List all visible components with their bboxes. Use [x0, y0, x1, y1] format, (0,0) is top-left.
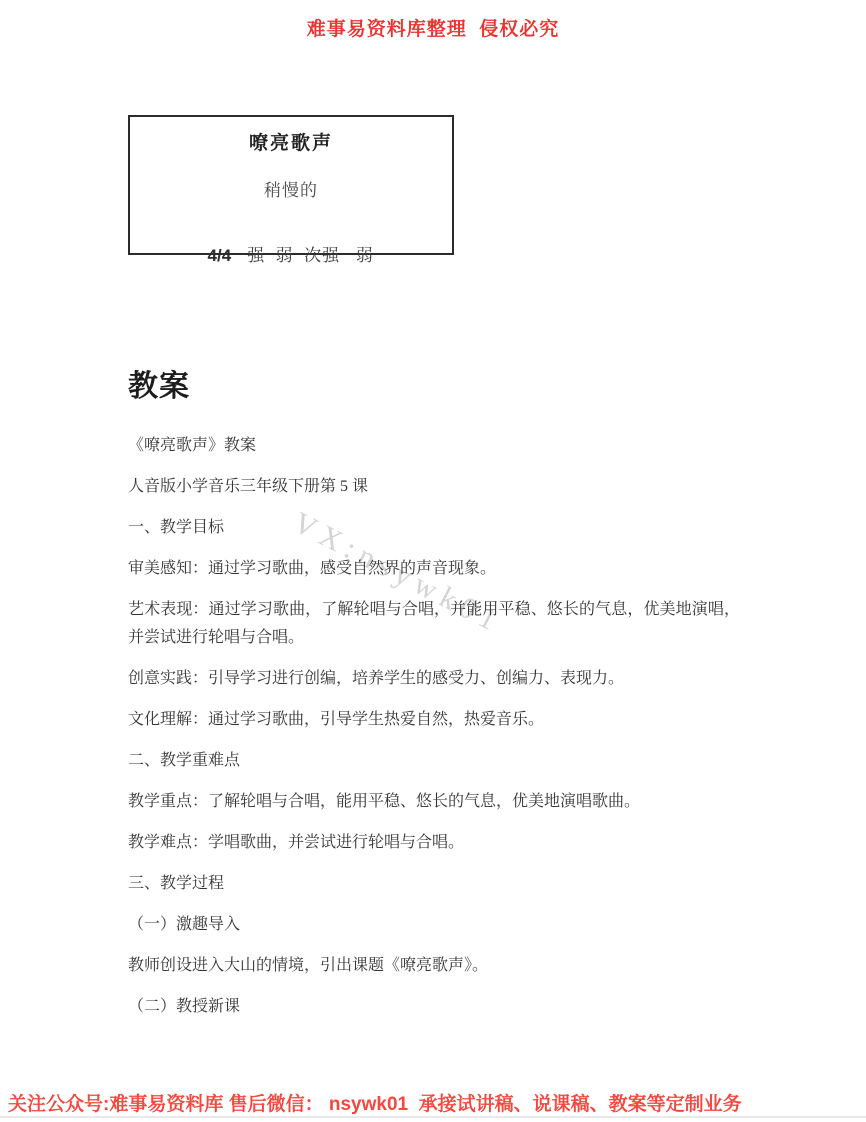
song-title: 嘹亮歌声 [130, 128, 452, 155]
paragraph-teaching-difficulty: 教学难点：学唱歌曲，并尝试进行轮唱与合唱。 [128, 829, 740, 857]
lesson-plan-content: 教案 《嘹亮歌声》教案 人音版小学音乐三年级下册第 5 课 一、教学目标 审美感… [128, 368, 740, 1034]
paragraph-section-2-heading: 二、教学重难点 [128, 747, 740, 775]
paragraph-cultural-understanding: 文化理解：通过学习歌曲，引导学生热爱自然，热爱音乐。 [128, 706, 740, 734]
paragraph-teaching-focus: 教学重点：了解轮唱与合唱，能用平稳、悠长的气息，优美地演唱歌曲。 [128, 788, 740, 816]
beat-pattern: 强 弱 次强 弱 [247, 246, 374, 265]
paragraph-textbook-info: 人音版小学音乐三年级下册第 5 课 [128, 473, 740, 501]
paragraph-section-1-heading: 一、教学目标 [128, 514, 740, 542]
paragraph-lesson-title: 《嘹亮歌声》教案 [128, 432, 740, 460]
copyright-header-notice: 难事易资料库整理 侵权必究 [0, 14, 866, 41]
paragraph-intro-body: 教师创设进入大山的情境，引出课题《嘹亮歌声》。 [128, 952, 740, 980]
meter-row: 4/4强 弱 次强 弱 [114, 221, 436, 286]
time-signature: 4/4 [208, 246, 232, 265]
paragraph-artistic-expression: 艺术表现：通过学习歌曲，了解轮唱与合唱，并能用平稳、悠长的气息，优美地演唱，并尝… [128, 596, 740, 652]
page-title: 教案 [128, 368, 740, 406]
document-page: 难事易资料库整理 侵权必究 嘹亮歌声 稍慢的 4/4强 弱 次强 弱 VX:ns… [0, 0, 866, 1122]
song-score-box: 嘹亮歌声 稍慢的 4/4强 弱 次强 弱 [128, 115, 454, 255]
paragraph-intro-subheading: （一）激趣导入 [128, 911, 740, 939]
paragraph-creative-practice: 创意实践：引导学习进行创编，培养学生的感受力、创编力、表现力。 [128, 665, 740, 693]
paragraph-section-3-heading: 三、教学过程 [128, 870, 740, 898]
paragraph-new-lesson-subheading: （二）教授新课 [128, 993, 740, 1021]
bottom-divider [0, 1116, 866, 1118]
tempo-marking: 稍慢的 [130, 176, 452, 201]
contact-footer-notice: 关注公众号:难事易资料库 售后微信： nsywk01 承接试讲稿、说课稿、教案等… [8, 1089, 866, 1116]
paragraph-aesthetic-perception: 审美感知：通过学习歌曲，感受自然界的声音现象。 [128, 555, 740, 583]
